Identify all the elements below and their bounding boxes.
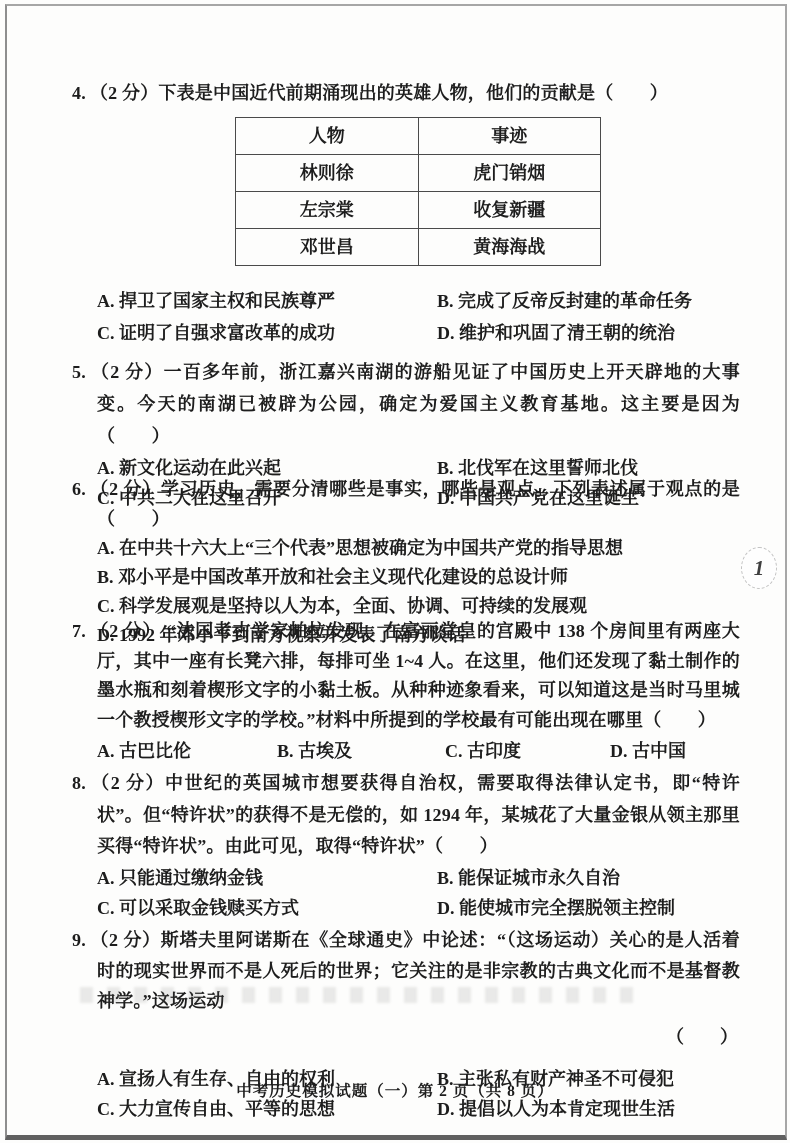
- question-6-number: 6.: [72, 479, 90, 499]
- heroes-table: 人物 事迹 林则徐 虎门销烟 左宗棠 收复新疆 邓世昌 黄海海战: [235, 117, 601, 266]
- question-4-option-b: B. 完成了反帝反封建的革命任务: [437, 285, 740, 317]
- question-6-stem-text: （2 分）学习历史，需要分清哪些是事实，哪些是观点。下列表述属于观点的是（ ）: [90, 479, 740, 529]
- question-4-option-c: C. 证明了自强求富改革的成功: [97, 317, 437, 349]
- table-row: 邓世昌 黄海海战: [236, 229, 601, 266]
- question-7-stem: 7.（2 分） “法国考古学家帕拉发现，在富丽堂皇的宫殿中 138 个房间里有两…: [72, 617, 740, 735]
- question-8-option-b: B. 能保证城市永久自治: [437, 863, 740, 894]
- table-cell-person: 邓世昌: [236, 229, 419, 266]
- question-8-option-a: A. 只能通过缴纳金钱: [97, 863, 437, 894]
- side-page-marker: 1: [741, 547, 777, 589]
- question-8-stem: 8.（2 分）中世纪的英国城市想要获得自治权，需要取得法律认定书，即“特许状”。…: [72, 768, 740, 863]
- table-header-deed: 事迹: [418, 118, 601, 155]
- question-4: 4.（2 分）下表是中国近代前期涌现出的英雄人物，他们的贡献是（ ） 人物 事迹…: [72, 78, 740, 349]
- question-7-option-d: D. 古中国: [610, 736, 740, 766]
- table-row: 林则徐 虎门销烟: [236, 155, 601, 192]
- table-cell-deed: 虎门销烟: [418, 155, 601, 192]
- side-page-marker-number: 1: [754, 556, 765, 581]
- table-cell-deed: 黄海海战: [418, 229, 601, 266]
- question-5-number: 5.: [72, 362, 90, 382]
- table-header-row: 人物 事迹: [236, 118, 601, 155]
- question-4-option-a: A. 捍卫了国家主权和民族尊严: [97, 285, 437, 317]
- question-8-number: 8.: [72, 773, 90, 793]
- question-4-stem: 4.（2 分）下表是中国近代前期涌现出的英雄人物，他们的贡献是（ ）: [72, 78, 740, 108]
- question-8-option-c: C. 可以采取金钱赎买方式: [97, 893, 437, 924]
- question-4-option-d: D. 维护和巩固了清王朝的统治: [437, 317, 740, 349]
- table-cell-deed: 收复新疆: [418, 192, 601, 229]
- question-4-stem-text: （2 分）下表是中国近代前期涌现出的英雄人物，他们的贡献是（ ）: [90, 83, 668, 103]
- question-4-options: A. 捍卫了国家主权和民族尊严 B. 完成了反帝反封建的革命任务 C. 证明了自…: [97, 285, 740, 349]
- question-9-stem-text: （2 分）斯塔夫里阿诺斯在《全球通史》中论述：“（这场运动）关心的是人活着时的现…: [90, 930, 740, 1011]
- table-row: 左宗棠 收复新疆: [236, 192, 601, 229]
- question-7: 7.（2 分） “法国考古学家帕拉发现，在富丽堂皇的宫殿中 138 个房间里有两…: [72, 617, 740, 766]
- exam-paper-page: 4.（2 分）下表是中国近代前期涌现出的英雄人物，他们的贡献是（ ） 人物 事迹…: [0, 0, 790, 1143]
- question-6-option-a: A. 在中共十六大上“三个代表”思想被确定为中国共产党的指导思想: [97, 534, 740, 563]
- question-5-stem: 5.（2 分）一百多年前，浙江嘉兴南湖的游船见证了中国历史上开天辟地的大事变。今…: [72, 356, 740, 452]
- question-9-answer-bracket: （ ）: [72, 1022, 740, 1052]
- question-8: 8.（2 分）中世纪的英国城市想要获得自治权，需要取得法律认定书，即“特许状”。…: [72, 768, 740, 924]
- question-7-number: 7.: [72, 621, 90, 641]
- question-6-stem: 6.（2 分）学习历史，需要分清哪些是事实，哪些是观点。下列表述属于观点的是（ …: [72, 474, 740, 534]
- question-8-stem-text: （2 分）中世纪的英国城市想要获得自治权，需要取得法律认定书，即“特许状”。但“…: [90, 773, 740, 856]
- question-7-option-a: A. 古巴比伦: [97, 736, 277, 766]
- question-7-option-b: B. 古埃及: [277, 736, 445, 766]
- question-8-options: A. 只能通过缴纳金钱 B. 能保证城市永久自治 C. 可以采取金钱赎买方式 D…: [97, 863, 740, 924]
- question-7-options: A. 古巴比伦 B. 古埃及 C. 古印度 D. 古中国: [97, 736, 740, 766]
- question-8-option-d: D. 能使城市完全摆脱领主控制: [437, 893, 740, 924]
- table-header-person: 人物: [236, 118, 419, 155]
- question-5-stem-text: （2 分）一百多年前，浙江嘉兴南湖的游船见证了中国历史上开天辟地的大事变。今天的…: [90, 362, 740, 446]
- question-9-number: 9.: [72, 930, 90, 950]
- question-9-stem: 9.（2 分）斯塔夫里阿诺斯在《全球通史》中论述：“（这场运动）关心的是人活着时…: [72, 925, 740, 1017]
- table-cell-person: 左宗棠: [236, 192, 419, 229]
- question-7-stem-text: （2 分） “法国考古学家帕拉发现，在富丽堂皇的宫殿中 138 个房间里有两座大…: [90, 621, 740, 730]
- page-footer: 中考历史模拟试题（一）第 2 页（共 8 页）: [0, 1079, 790, 1101]
- question-7-option-c: C. 古印度: [445, 736, 610, 766]
- question-6-option-b: B. 邓小平是中国改革开放和社会主义现代化建设的总设计师: [97, 563, 740, 592]
- question-4-number: 4.: [72, 83, 90, 103]
- table-cell-person: 林则徐: [236, 155, 419, 192]
